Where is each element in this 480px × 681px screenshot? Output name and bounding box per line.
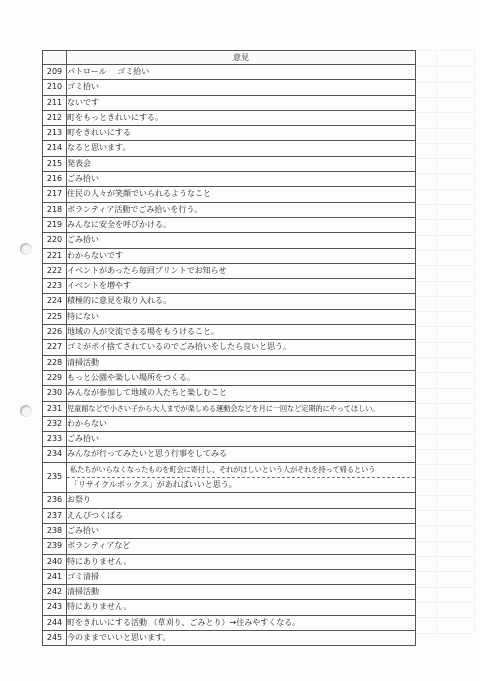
table-row: 226地域の人が交流できる場をもうけること。 — [43, 325, 416, 340]
bleed-through-line — [416, 587, 474, 588]
table-row: 245今のままでいいと思います。 — [43, 630, 416, 645]
row-opinion: 清掃活動 — [67, 585, 416, 600]
table-header-row: 意見 — [43, 51, 416, 65]
table-row: 212町をもっときれいにする。 — [43, 110, 416, 125]
row-opinion: ごみ拾い — [67, 432, 416, 447]
table-row: 210ゴミ拾い — [43, 80, 416, 95]
row-number: 219 — [43, 217, 67, 232]
table-row: 238ごみ拾い — [43, 523, 416, 538]
row-opinion: もっと公園や楽しい場所をつくる。 — [67, 370, 416, 385]
bleed-through-line — [416, 479, 474, 480]
row-opinion: ゴミ拾い — [67, 80, 416, 95]
row-number: 213 — [43, 126, 67, 141]
row-opinion-line-2: 「リサイクルボックス」があればいいと思う。 — [67, 478, 415, 492]
row-opinion: ゴミがポイ捨てされているのでごみ拾いをしたら良いと思う。 — [67, 340, 416, 355]
bleed-through-line — [416, 388, 474, 389]
punch-hole-top — [20, 243, 32, 255]
table-row: 217住民の人々が笑顔でいられるようなこと — [43, 187, 416, 202]
row-opinion: イベントを増やす — [67, 279, 416, 294]
table-row: 230みんなが参加して地域の人たちと楽しむこと — [43, 386, 416, 401]
bleed-through-line — [416, 602, 474, 603]
table-row: 242清掃活動 — [43, 585, 416, 600]
bleed-through-line — [416, 235, 474, 236]
bleed-through-line — [416, 143, 474, 144]
table-row: 243特にありません。 — [43, 600, 416, 615]
row-number: 225 — [43, 309, 67, 324]
row-number: 214 — [43, 141, 67, 156]
table-row: 214なると思います。 — [43, 141, 416, 156]
row-opinion: わからないです — [67, 248, 416, 263]
bleed-through-line — [416, 204, 474, 205]
row-number: 240 — [43, 554, 67, 569]
bleed-through-line — [416, 464, 474, 465]
table-row: 231児童館などで小さい子から大人までが楽しめる運動会などを月に一回など定期的に… — [43, 401, 416, 416]
bleed-through-line — [416, 265, 474, 266]
row-number: 245 — [43, 630, 67, 645]
table-row: 213町をきれいにする — [43, 126, 416, 141]
row-opinion-line-1: 私たちがいらなくなったものを町会に寄付し、それがほしいという人がそれを持って帰る… — [67, 463, 415, 478]
bleed-through-line — [416, 403, 474, 404]
table-row: 220ごみ拾い — [43, 233, 416, 248]
bleed-through-line — [416, 66, 474, 67]
bleed-through-line — [416, 158, 474, 159]
row-opinion: 発表会 — [67, 156, 416, 171]
table-row: 229もっと公園や楽しい場所をつくる。 — [43, 370, 416, 385]
bleed-through-line — [416, 617, 474, 618]
row-opinion: みんなが参加して地域の人たちと楽しむこと — [67, 386, 416, 401]
row-opinion: パトロール ゴミ拾い — [67, 65, 416, 80]
header-opinion: 意見 — [67, 51, 416, 65]
bleed-through-line — [416, 372, 474, 373]
bleed-through-line — [416, 97, 474, 98]
row-number: 227 — [43, 340, 67, 355]
bleed-through-line — [416, 296, 474, 297]
table-row: 222イベントがあったら毎回プリントでお知らせ — [43, 263, 416, 278]
bleed-through-line — [416, 311, 474, 312]
bleed-through-line — [416, 449, 474, 450]
table-row: 244町をきれいにする活動 （草刈り、ごみとり）→住みやすくなる。 — [43, 615, 416, 630]
row-number: 236 — [43, 493, 67, 508]
row-number: 226 — [43, 325, 67, 340]
table-row: 234みんなが行ってみたいと思う行事をしてみる — [43, 447, 416, 462]
row-opinion: 特にありません。 — [67, 554, 416, 569]
row-number: 233 — [43, 432, 67, 447]
bleed-through-table — [416, 50, 475, 634]
row-opinion: 積極的に意見を取り入れる。 — [67, 294, 416, 309]
row-opinion: 特にありません。 — [67, 600, 416, 615]
table-row: 216ごみ拾い — [43, 172, 416, 187]
table-row-multiline: 235 私たちがいらなくなったものを町会に寄付し、それがほしいという人がそれを持… — [43, 462, 416, 493]
bleed-through-line — [416, 571, 474, 572]
bleed-through-line — [416, 434, 474, 435]
table-row: 233ごみ拾い — [43, 432, 416, 447]
row-number: 224 — [43, 294, 67, 309]
row-opinion: 町をきれいにする活動 （草刈り、ごみとり）→住みやすくなる。 — [67, 615, 416, 630]
table-row: 228清掃活動 — [43, 355, 416, 370]
table-row: 211ないです — [43, 95, 416, 110]
bleed-through-line — [416, 250, 474, 251]
bleed-through-line — [416, 525, 474, 526]
row-number: 230 — [43, 386, 67, 401]
table-row: 223イベントを増やす — [43, 279, 416, 294]
row-opinion: なると思います。 — [67, 141, 416, 156]
row-opinion: ボランティア活動でごみ拾いを行う。 — [67, 202, 416, 217]
row-opinion: ごみ拾い — [67, 523, 416, 538]
header-number — [43, 51, 67, 65]
bleed-through-line — [416, 189, 474, 190]
table-row: 236お祭り — [43, 493, 416, 508]
bleed-through-line — [416, 112, 474, 113]
row-number: 210 — [43, 80, 67, 95]
row-number: 216 — [43, 172, 67, 187]
bleed-through-line — [416, 173, 474, 174]
table-row: 227ゴミがポイ捨てされているのでごみ拾いをしたら良いと思う。 — [43, 340, 416, 355]
table-row: 224積極的に意見を取り入れる。 — [43, 294, 416, 309]
row-number: 209 — [43, 65, 67, 80]
table-row: 215発表会 — [43, 156, 416, 171]
row-opinion: 児童館などで小さい子から大人までが楽しめる運動会などを月に一回など定期的にやって… — [67, 401, 416, 416]
row-opinion: ないです — [67, 95, 416, 110]
row-number: 221 — [43, 248, 67, 263]
row-opinion: 住民の人々が笑顔でいられるようなこと — [67, 187, 416, 202]
bleed-through-line — [416, 418, 474, 419]
row-number: 212 — [43, 110, 67, 125]
row-opinion: ゴミ清掃 — [67, 569, 416, 584]
row-opinion: 今のままでいいと思います。 — [67, 630, 416, 645]
row-number: 234 — [43, 447, 67, 462]
row-number: 217 — [43, 187, 67, 202]
row-number: 238 — [43, 523, 67, 538]
row-number: 243 — [43, 600, 67, 615]
bleed-through-line — [416, 326, 474, 327]
row-opinion: 地域の人が交流できる場をもうけること。 — [67, 325, 416, 340]
row-opinion: お祭り — [67, 493, 416, 508]
row-opinion: わからない — [67, 416, 416, 431]
bleed-through-line — [416, 541, 474, 542]
row-number: 239 — [43, 539, 67, 554]
bleed-through-line — [416, 495, 474, 496]
table-row: 218ボランティア活動でごみ拾いを行う。 — [43, 202, 416, 217]
bleed-through-line — [416, 219, 474, 220]
row-number: 229 — [43, 370, 67, 385]
table-row: 209パトロール ゴミ拾い — [43, 65, 416, 80]
punch-hole-bottom — [20, 405, 32, 417]
table-row: 239ボランティアなど — [43, 539, 416, 554]
table-row: 240特にありません。 — [43, 554, 416, 569]
row-number: 228 — [43, 355, 67, 370]
row-opinion: イベントがあったら毎回プリントでお知らせ — [67, 263, 416, 278]
table-row: 219みんなに安全を呼びかける。 — [43, 217, 416, 232]
row-opinion: みんなが行ってみたいと思う行事をしてみる — [67, 447, 416, 462]
row-number: 215 — [43, 156, 67, 171]
bleed-through-line — [416, 281, 474, 282]
row-opinion: えんぴつくばる — [67, 508, 416, 523]
row-number: 242 — [43, 585, 67, 600]
bleed-through-line — [416, 82, 474, 83]
row-opinion: 清掃活動 — [67, 355, 416, 370]
row-number: 235 — [43, 462, 67, 493]
row-opinion: ごみ拾い — [67, 233, 416, 248]
bleed-through-line — [416, 357, 474, 358]
row-number: 218 — [43, 202, 67, 217]
row-number: 211 — [43, 95, 67, 110]
row-number: 237 — [43, 508, 67, 523]
bleed-through-line — [416, 128, 474, 129]
bleed-through-line — [416, 342, 474, 343]
table-row: 232わからない — [43, 416, 416, 431]
row-number: 222 — [43, 263, 67, 278]
row-opinion: 町をきれいにする — [67, 126, 416, 141]
table-row: 241ゴミ清掃 — [43, 569, 416, 584]
row-opinion: 特にない — [67, 309, 416, 324]
row-opinion: ごみ拾い — [67, 172, 416, 187]
row-number: 231 — [43, 401, 67, 416]
row-number: 244 — [43, 615, 67, 630]
bleed-through-line — [416, 556, 474, 557]
table-row: 237えんぴつくばる — [43, 508, 416, 523]
row-number: 241 — [43, 569, 67, 584]
row-number: 232 — [43, 416, 67, 431]
table-row: 225特にない — [43, 309, 416, 324]
row-number: 223 — [43, 279, 67, 294]
row-opinion: 町をもっときれいにする。 — [67, 110, 416, 125]
row-opinion: 私たちがいらなくなったものを町会に寄付し、それがほしいという人がそれを持って帰る… — [67, 462, 416, 493]
bleed-through-line — [416, 510, 474, 511]
row-opinion: みんなに安全を呼びかける。 — [67, 217, 416, 232]
row-number: 220 — [43, 233, 67, 248]
opinions-table: 意見 209パトロール ゴミ拾い 210ゴミ拾い 211ないです 212町をもっ… — [42, 50, 416, 646]
table-row: 221わからないです — [43, 248, 416, 263]
row-opinion: ボランティアなど — [67, 539, 416, 554]
